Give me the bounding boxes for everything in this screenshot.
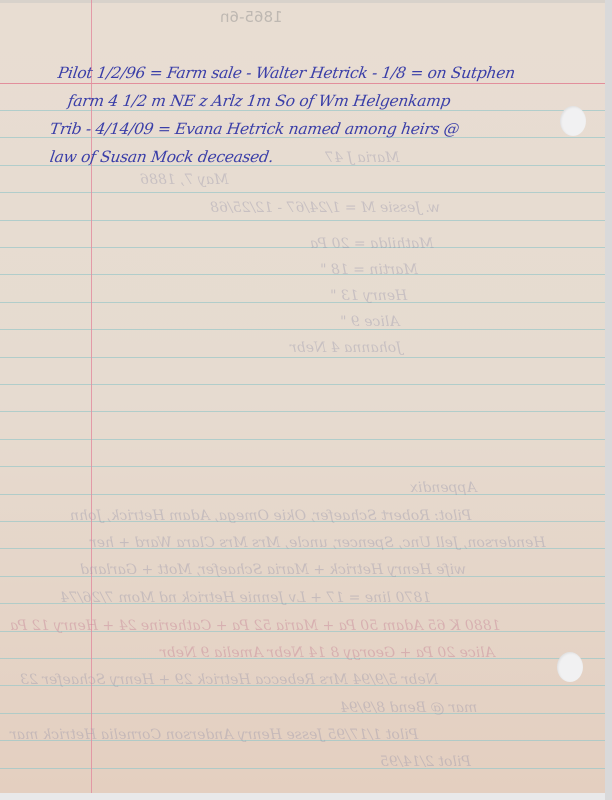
bleed-text: Nebr 5/9/94 Mrs Rebecca Hetrick 29 + Hen… — [20, 672, 438, 688]
notebook-page: 1865-6n Maria J 47 May 7, 1886 w. Jessie… — [0, 0, 605, 793]
handwritten-line-1: Pilot 1/2/96 = Farm sale - Walter Hetric… — [57, 64, 516, 82]
pencil-page-note: 1865-6n — [220, 8, 283, 26]
punch-hole-bottom — [557, 652, 583, 682]
bleed-text: mar @ Bend 8/9/94 — [340, 700, 477, 716]
scan-right-edge — [605, 0, 612, 800]
bleed-text: Pilot: Robert Schaefer, Okie Omega, Adam… — [70, 508, 471, 524]
bleed-text: Alice 20 Pa + Georgy 8 14 Nebr Amelia 9 … — [160, 645, 495, 661]
bleed-text: Henderson, Jell Unc, Spencer, uncle, Mrs… — [90, 535, 546, 551]
bleed-text: Mathilda = 20 Pa — [310, 236, 434, 252]
handwritten-line-2: farm 4 1/2 m NE z Arlz 1m So of Wm Helge… — [67, 92, 452, 110]
bleed-text: 1880 K 65 Adam 50 Pa + Maria 52 Pa + Cat… — [10, 618, 500, 634]
bleed-text: Appendix — [410, 480, 477, 496]
handwritten-line-3: Trib - 4/14/09 = Evana Hetrick named amo… — [49, 120, 461, 138]
bleed-text: w. Jessie M = 1/24/67 - 12/25/68 — [210, 200, 440, 216]
bleed-text: wife Henry Hetrick + Maria Schaefer, Mot… — [80, 562, 466, 578]
bleed-text: Pilot 1/17/95 Jesse Henry Anderson Corne… — [10, 727, 418, 743]
bleed-text: May 7, 1886 — [140, 172, 228, 188]
bleed-text: Johanna 4 Nebr — [290, 340, 402, 356]
bleed-text: Maria J 47 — [325, 150, 400, 166]
bleed-text: Pilot 2/14/95 — [380, 754, 471, 770]
handwritten-line-4: law of Susan Mock deceased. — [49, 148, 275, 166]
bleed-text: Henry 13 " — [330, 288, 407, 304]
bleed-text: Martin = 18 " — [320, 262, 418, 278]
punch-hole-top — [560, 106, 586, 136]
bleed-text: 1870 line = 17 + Lv Jennie Hetrick nd Mo… — [60, 590, 431, 606]
bleed-text: Alice 9 " — [340, 314, 399, 330]
